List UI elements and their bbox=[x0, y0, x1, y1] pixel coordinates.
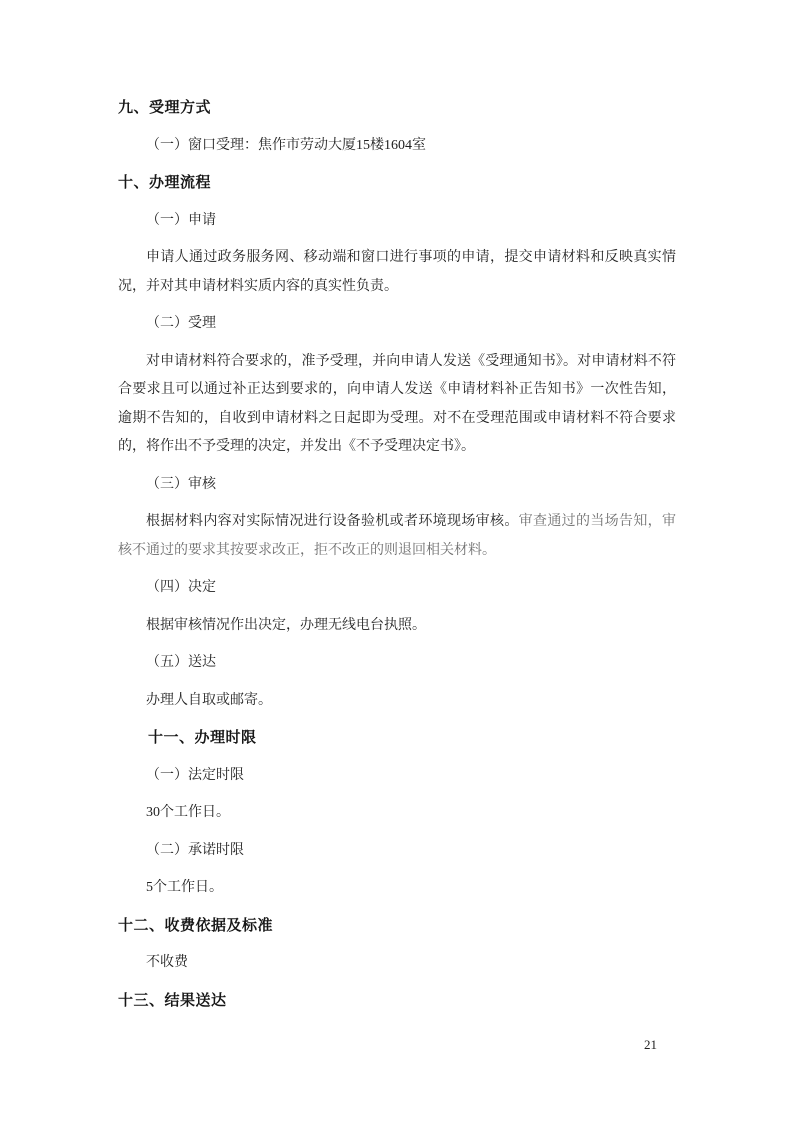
para-legal-limit-value: 30个工作日。 bbox=[118, 799, 676, 828]
item-application: （一）申请 bbox=[118, 207, 676, 236]
heading-13-result-delivery: 十三、结果送达 bbox=[118, 987, 676, 1016]
item-review: （三）审核 bbox=[118, 471, 676, 500]
item-legal-limit: （一）法定时限 bbox=[118, 762, 676, 791]
heading-11-time-limit: 十一、办理时限 bbox=[118, 724, 676, 753]
heading-9-acceptance-method: 九、受理方式 bbox=[118, 94, 676, 123]
para-delivery: 办理人自取或邮寄。 bbox=[118, 687, 676, 716]
para-promise-limit-value: 5个工作日。 bbox=[118, 874, 676, 903]
para-review: 根据材料内容对实际情况进行设备验机或者环境现场审核。审查通过的当场告知，审核不通… bbox=[118, 508, 676, 565]
document-page: 九、受理方式 （一）窗口受理：焦作市劳动大厦15楼1604室 十、办理流程 （一… bbox=[0, 0, 793, 1122]
item-decision: （四）决定 bbox=[118, 574, 676, 603]
item-promise-limit: （二）承诺时限 bbox=[118, 837, 676, 866]
para-review-main: 根据材料内容对实际情况进行设备验机或者环境现场审核。 bbox=[146, 514, 519, 529]
item-window-acceptance: （一）窗口受理：焦作市劳动大厦15楼1604室 bbox=[118, 132, 676, 161]
item-delivery: （五）送达 bbox=[118, 649, 676, 678]
para-decision: 根据审核情况作出决定，办理无线电台执照。 bbox=[118, 612, 676, 641]
item-acceptance: （二）受理 bbox=[118, 310, 676, 339]
para-application: 申请人通过政务服务网、移动端和窗口进行事项的申请，提交申请材料和反映真实情况，并… bbox=[118, 244, 676, 301]
heading-12-fees: 十二、收费依据及标准 bbox=[118, 912, 676, 941]
heading-10-process: 十、办理流程 bbox=[118, 169, 676, 198]
page-number: 21 bbox=[644, 1036, 657, 1054]
para-fees: 不收费 bbox=[118, 949, 676, 978]
para-acceptance: 对申请材料符合要求的，准予受理，并向申请人发送《受理通知书》。对申请材料不符合要… bbox=[118, 348, 676, 462]
